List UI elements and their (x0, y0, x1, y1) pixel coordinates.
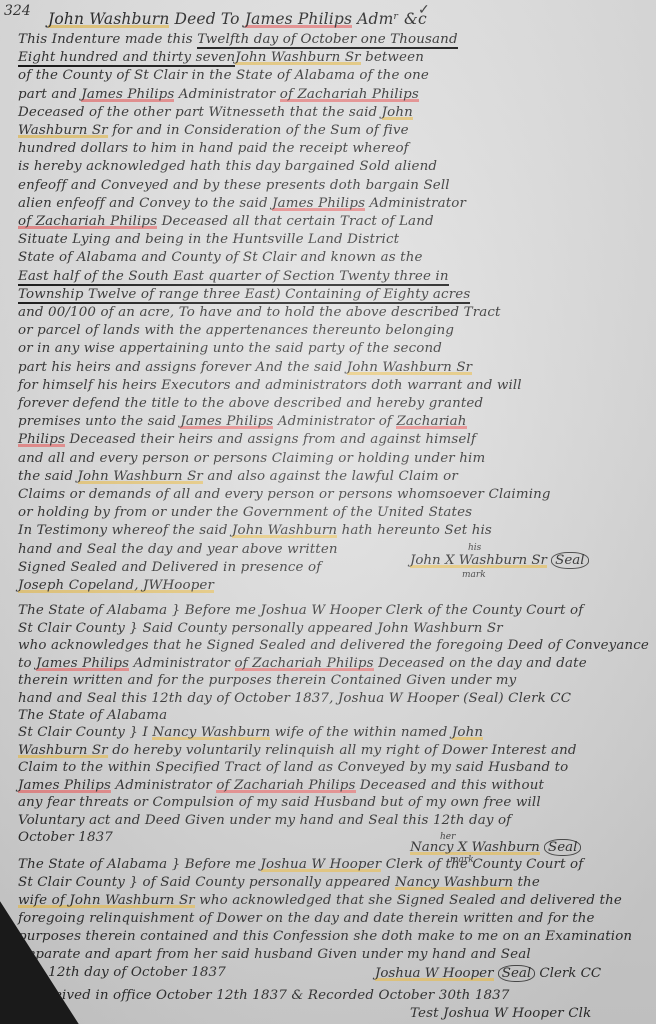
highlighted-name: John (382, 105, 413, 120)
sig-last: Washburn (471, 840, 539, 855)
recorded-line: Received in office October 12th 1837 & R… (28, 988, 510, 1003)
line-text: Claim to the within Specified Tract of l… (18, 760, 568, 775)
highlighted-name: James Philips (272, 196, 365, 211)
line-text: hundred dollars to him in hand paid the … (18, 141, 409, 156)
line-text: part his heirs and assigns forever And t… (18, 360, 347, 375)
text-line: Township Twelve of range three East) Con… (18, 287, 470, 302)
dower-signature: Nancy X Washburn Seal (410, 840, 581, 855)
line-text: In Testimony whereof the said (18, 523, 232, 538)
text-line: St Clair County } of Said County persona… (18, 875, 540, 890)
text-line: Eight hundred and thirty sevenJohn Washb… (18, 50, 424, 65)
text-line: any fear threats or Compulsion of my sai… (18, 795, 541, 810)
line-text: The State of Alabama (18, 708, 167, 723)
line-text: This Indenture made this (18, 32, 197, 47)
clerk-title: Clerk CC (539, 966, 601, 981)
highlighted-name: Zachariah (396, 414, 466, 429)
line-text: the (513, 875, 540, 890)
seal-mark: Seal (551, 552, 588, 569)
line-text: do hereby voluntarily relinquish all my … (108, 743, 577, 758)
highlighted-name: James Philips (18, 778, 111, 793)
text-line: Situate Lying and being in the Huntsvill… (18, 232, 399, 247)
dower-signature-name: Nancy X Washburn (410, 840, 540, 855)
text-line: of Zachariah Philips Deceased all that c… (18, 214, 434, 229)
sig-x: X (458, 840, 468, 855)
line-text: Deceased all that certain Tract of Land (157, 214, 434, 229)
underlined-term: East half of the South East quarter of S… (18, 269, 449, 286)
text-line: therein written and for the purposes the… (18, 673, 516, 688)
text-line: Washburn Sr do hereby voluntarily relinq… (18, 743, 577, 758)
highlighted-name: James Philips (36, 656, 129, 671)
text-line: St Clair County } I Nancy Washburn wife … (18, 725, 483, 740)
line-text: the said (18, 469, 78, 484)
text-line: hand and Seal this 12th day of October 1… (18, 691, 571, 706)
line-text: St Clair County } of Said County persona… (18, 875, 395, 890)
deed-title: John Washburn Deed To James Philips Admʳ… (48, 10, 427, 28)
clerk-signature: Joshua W Hooper Seal Clerk CC (375, 966, 601, 981)
highlighted-name: Joseph Copeland, JWHooper (18, 578, 214, 593)
text-line: Joseph Copeland, JWHooper (18, 578, 214, 593)
line-text: Deceased and this without (356, 778, 545, 793)
line-text: hand and Seal this 12th day of October 1… (18, 691, 571, 706)
text-line: to James Philips Administrator of Zachar… (18, 656, 587, 671)
sig-x: X (445, 553, 455, 568)
text-line: part and James Philips Administrator of … (18, 87, 419, 102)
clerk-name: Joshua W Hooper (375, 966, 494, 981)
text-line: premises unto the said James Philips Adm… (18, 414, 467, 429)
line-text: Situate Lying and being in the Huntsvill… (18, 232, 399, 247)
text-line: of the County of St Clair in the State o… (18, 68, 429, 83)
line-text: forever defend the title to the above de… (18, 396, 483, 411)
highlighted-name: James Philips (81, 87, 174, 102)
line-text: Administrator (174, 87, 279, 102)
highlighted-name: John (452, 725, 483, 740)
line-text: Deceased on the day and date (374, 656, 587, 671)
underlined-term: Eight hundred and thirty seven (18, 50, 235, 67)
highlighted-name: Nancy Washburn (395, 875, 513, 890)
line-text: and also against the lawful Claim or (203, 469, 458, 484)
line-text: Administrator (129, 656, 234, 671)
line-text: October 1837 (18, 830, 113, 845)
text-line: James Philips Administrator of Zachariah… (18, 778, 544, 793)
text-line: Washburn Sr for and in Consideration of … (18, 123, 409, 138)
line-text: or holding by from or under the Governme… (18, 505, 472, 520)
text-line: this 12th day of October 1837 (18, 965, 226, 980)
text-line: purposes therein contained and this Conf… (18, 929, 632, 944)
text-line: is hereby acknowledged hath this day bar… (18, 159, 437, 174)
sig-last: Washburn Sr (459, 553, 547, 568)
mark-label: mark (450, 855, 474, 865)
text-line: alien enfeoff and Convey to the said Jam… (18, 196, 466, 211)
line-text: State of Alabama and County of St Clair … (18, 250, 423, 265)
text-line: for himself his heirs Executors and admi… (18, 378, 522, 393)
seal-mark: Seal (498, 965, 535, 982)
grantor-signature: John X Washburn Sr Seal (410, 553, 589, 568)
line-text: foregoing relinquishment of Dower on the… (18, 911, 595, 926)
line-text: Administrator (111, 778, 216, 793)
text-line: Voluntary act and Deed Given under my ha… (18, 813, 511, 828)
text-line: Signed Sealed and Delivered in presence … (18, 560, 321, 575)
text-line: hand and Seal the day and year above wri… (18, 542, 338, 557)
line-text: Deceased of the other part Witnesseth th… (18, 105, 382, 120)
text-line: the said John Washburn Sr and also again… (18, 469, 458, 484)
line-text: Deceased their heirs and assigns from an… (65, 432, 476, 447)
text-line: In Testimony whereof the said John Washb… (18, 523, 492, 538)
line-text: St Clair County } I (18, 725, 152, 740)
text-line: hundred dollars to him in hand paid the … (18, 141, 409, 156)
line-text: for and in Consideration of the Sum of f… (108, 123, 409, 138)
text-line: and all and every person or persons Clai… (18, 451, 485, 466)
line-text: Clerk of the County Court of (381, 857, 583, 872)
highlighted-name: John Washburn Sr (235, 50, 360, 65)
line-text: and all and every person or persons Clai… (18, 451, 485, 466)
text-line: October 1837 (18, 830, 113, 845)
line-text: Voluntary act and Deed Given under my ha… (18, 813, 511, 828)
line-text: for himself his heirs Executors and admi… (18, 378, 522, 393)
her-label: her (440, 832, 455, 842)
line-text: wife of the within named (270, 725, 451, 740)
highlighted-name: John Washburn (232, 523, 337, 538)
sig-first: Nancy (410, 840, 453, 855)
line-text: any fear threats or Compulsion of my sai… (18, 795, 541, 810)
line-text: Signed Sealed and Delivered in presence … (18, 560, 321, 575)
text-line: or parcel of lands with the appertenance… (18, 323, 454, 338)
text-line: part his heirs and assigns forever And t… (18, 360, 472, 375)
his-label: his (468, 543, 481, 553)
line-text: hand and Seal the day and year above wri… (18, 542, 338, 557)
line-text: this 12th day of October 1837 (18, 965, 226, 980)
text-line: Claim to the within Specified Tract of l… (18, 760, 568, 775)
highlighted-name: Nancy Washburn (152, 725, 270, 740)
text-line: foregoing relinquishment of Dower on the… (18, 911, 595, 926)
text-line: Separate and apart from her said husband… (18, 947, 531, 962)
title-text: Deed To (169, 10, 244, 28)
grantor-name: John Washburn (48, 10, 169, 28)
line-text: and 00/100 of an acre, To have and to ho… (18, 305, 501, 320)
highlighted-name: of Zachariah Philips (18, 214, 157, 229)
text-line: East half of the South East quarter of S… (18, 269, 449, 284)
grantor-signature-name: John X Washburn Sr (410, 553, 547, 568)
line-text: The State of Alabama } Before me (18, 857, 261, 872)
highlighted-name: Philips (18, 432, 65, 447)
highlighted-name: wife of John Washburn Sr (18, 893, 195, 908)
line-text: of the County of St Clair in the State o… (18, 68, 429, 83)
line-text: part and (18, 87, 81, 102)
line-text: alien enfeoff and Convey to the said (18, 196, 272, 211)
underlined-term: Township Twelve of range three East) Con… (18, 287, 470, 304)
page-number: 324 (4, 3, 31, 19)
highlighted-name: James Philips (180, 414, 273, 429)
highlighted-name: Washburn Sr (18, 743, 108, 758)
text-line: The State of Alabama } Before me Joshua … (18, 857, 583, 872)
line-text: or parcel of lands with the appertenance… (18, 323, 454, 338)
highlighted-name: of Zachariah Philips (280, 87, 419, 102)
text-line: or holding by from or under the Governme… (18, 505, 472, 520)
line-text: who acknowledges that he Signed Sealed a… (18, 638, 649, 653)
text-line: who acknowledges that he Signed Sealed a… (18, 638, 649, 653)
line-text: St Clair County } Said County personally… (18, 621, 503, 636)
highlighted-name: Washburn Sr (18, 123, 108, 138)
text-line: forever defend the title to the above de… (18, 396, 483, 411)
line-text: The State of Alabama } Before me Joshua … (18, 603, 583, 618)
deed-page: 324 ✓ John Washburn Deed To James Philip… (0, 0, 656, 1024)
text-line: State of Alabama and County of St Clair … (18, 250, 423, 265)
highlighted-name: John Washburn Sr (78, 469, 203, 484)
highlighted-name: of Zachariah Philips (216, 778, 355, 793)
line-text: is hereby acknowledged hath this day bar… (18, 159, 437, 174)
line-text: between (361, 50, 424, 65)
text-line: Philips Deceased their heirs and assigns… (18, 432, 476, 447)
ink-smudge (8, 974, 47, 999)
line-text: who acknowledged that she Signed Sealed … (195, 893, 622, 908)
line-text: Separate and apart from her said husband… (18, 947, 531, 962)
text-line: and 00/100 of an acre, To have and to ho… (18, 305, 501, 320)
line-text: enfeoff and Conveyed and by these presen… (18, 178, 450, 193)
sig-first: John (410, 553, 441, 568)
line-text: Administrator (365, 196, 466, 211)
grantee-name: James Philips (245, 10, 352, 28)
line-text: therein written and for the purposes the… (18, 673, 516, 688)
line-text: to (18, 656, 36, 671)
highlighted-name: of Zachariah Philips (235, 656, 374, 671)
seal-mark: Seal (544, 839, 581, 856)
text-line: wife of John Washburn Sr who acknowledge… (18, 893, 622, 908)
line-text: purposes therein contained and this Conf… (18, 929, 632, 944)
underlined-term: Twelfth day of October one Thousand (197, 32, 457, 49)
line-text: Administrator of (273, 414, 396, 429)
line-text: hath hereunto Set his (337, 523, 492, 538)
line-text: premises unto the said (18, 414, 180, 429)
line-text: Claims or demands of all and every perso… (18, 487, 551, 502)
mark-label: mark (462, 570, 486, 580)
title-suffix: Admʳ &c (352, 10, 427, 28)
text-line: This Indenture made this Twelfth day of … (18, 32, 458, 47)
highlighted-name: John Washburn Sr (347, 360, 472, 375)
text-line: Deceased of the other part Witnesseth th… (18, 105, 413, 120)
text-line: The State of Alabama (18, 708, 167, 723)
text-line: Claims or demands of all and every perso… (18, 487, 551, 502)
line-text: or in any wise appertaining unto the sai… (18, 341, 442, 356)
text-line: St Clair County } Said County personally… (18, 621, 503, 636)
text-line: enfeoff and Conveyed and by these presen… (18, 178, 450, 193)
highlighted-name: Joshua W Hooper (261, 857, 382, 872)
text-line: The State of Alabama } Before me Joshua … (18, 603, 583, 618)
attest-line: Test Joshua W Hooper Clk (410, 1006, 591, 1021)
text-line: or in any wise appertaining unto the sai… (18, 341, 442, 356)
